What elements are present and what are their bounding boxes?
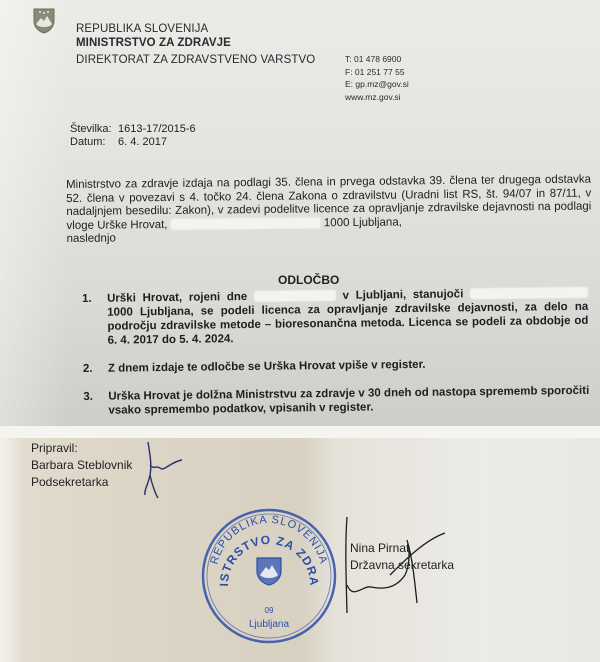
decision-item-2: 2. Z dnem izdaje te odločbe se Urška Hro… <box>83 356 589 376</box>
signatory-role: Državna sekretarka <box>350 557 454 574</box>
number-label: Številka: <box>70 123 118 136</box>
letterhead-republic: REPUBLIKA SLOVENIJA <box>76 23 208 35</box>
prepared-role: Podsekretarka <box>31 474 132 491</box>
slovenia-coat-of-arms-icon <box>33 8 55 34</box>
contact-fax: F: 01 251 77 55 <box>345 66 409 79</box>
redacted-address <box>171 217 321 230</box>
intro-paragraph: Ministrstvo za zdravje izdaja na podlagi… <box>66 174 592 247</box>
decision-title: ODLOČBO <box>278 273 339 287</box>
decision-item-3: 3. Urška Hrovat je dolžna Ministrstvu za… <box>83 384 589 418</box>
redacted-birthdate <box>254 290 336 302</box>
date-label: Datum: <box>70 136 118 149</box>
document-date: 6. 4. 2017 <box>118 136 167 148</box>
official-stamp: REPUBLIKA SLOVENIJA MINISTRSTVO ZA ZDRAV… <box>198 505 340 647</box>
prepared-by-block: Pripravil: Barbara Steblovnik Podsekreta… <box>31 440 132 491</box>
letterhead-directorate: DIREKTORAT ZA ZDRAVSTVENO VARSTVO <box>76 54 315 66</box>
decision-item-1: 1. Urški Hrovat, rojeni dne v Ljubljani,… <box>82 286 589 348</box>
contact-web: www.mz.gov.si <box>345 91 409 104</box>
signatory-block: Nina Pirnat Državna sekretarka <box>350 540 454 574</box>
document-number: 1613-17/2015-6 <box>118 123 196 135</box>
svg-text:09: 09 <box>265 606 274 615</box>
contact-phone: T: 01 478 6900 <box>345 53 409 66</box>
stamp-coat-of-arms-icon <box>257 558 281 585</box>
paper-edge <box>0 438 24 662</box>
contact-block: T: 01 478 6900 F: 01 251 77 55 E: gp.mz@… <box>345 53 409 103</box>
prepared-label: Pripravil: <box>31 440 132 457</box>
redacted-address <box>470 287 588 299</box>
document-meta: Številka:1613-17/2015-6 Datum:6. 4. 2017 <box>70 123 196 149</box>
prepared-name: Barbara Steblovnik <box>31 457 132 474</box>
contact-email: E: gp.mz@gov.si <box>345 78 409 91</box>
svg-text:Ljubljana: Ljubljana <box>249 619 289 630</box>
decision-items: 1. Urški Hrovat, rojeni dne v Ljubljani,… <box>82 286 590 432</box>
letterhead-ministry: MINISTRSTVO ZA ZDRAVJE <box>76 37 231 49</box>
signatory-name: Nina Pirnat <box>350 540 454 557</box>
